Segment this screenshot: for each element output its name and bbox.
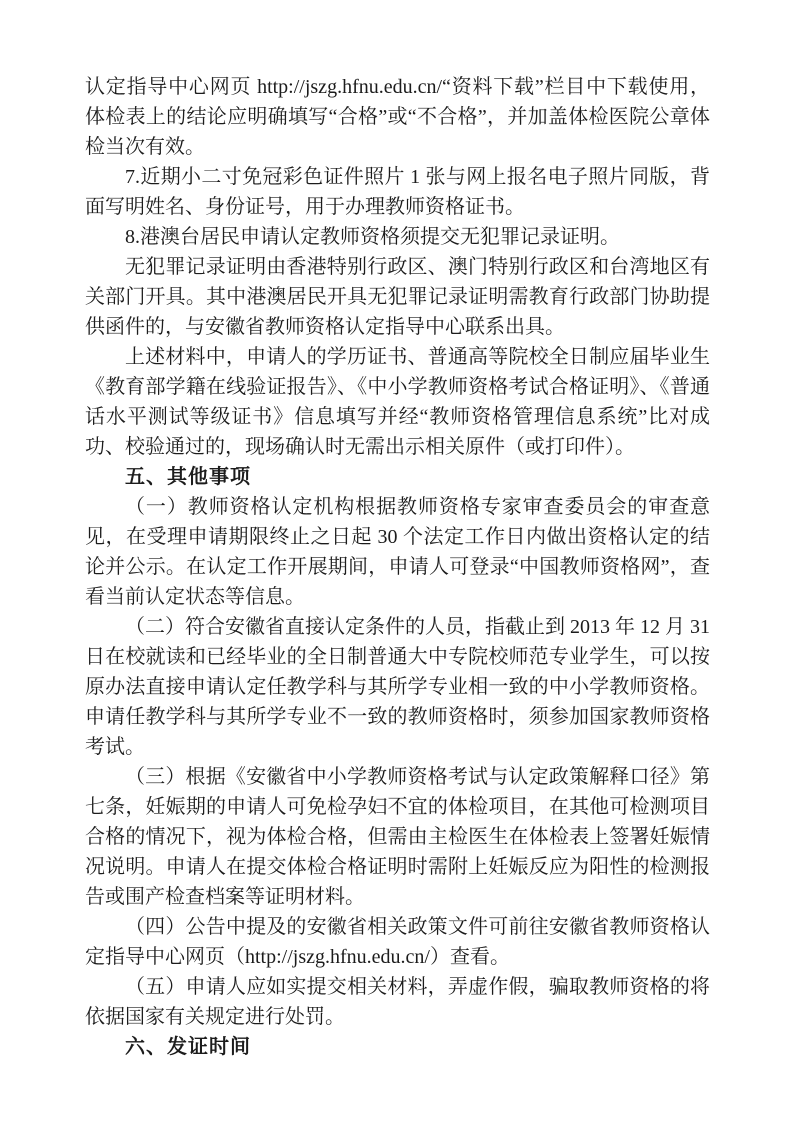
item-3-pregnancy-medical-exam-policy: （三）根据《安徽省中小学教师资格考试与认定政策解释口径》第七条，妊娠期的申请人可… xyxy=(85,762,710,912)
paragraph-no-criminal-record-certificate: 无犯罪记录证明由香港特别行政区、澳门特别行政区和台湾地区有关部门开具。其中港澳居… xyxy=(85,252,710,342)
item-1-review-committee-decision: （一）教师资格认定机构根据教师资格专家审查委员会的审查意见，在受理申请期限终止之… xyxy=(85,492,710,612)
paragraph-materials-verification-note: 上述材料中，申请人的学历证书、普通高等院校全日制应届毕业生《教育部学籍在线验证报… xyxy=(85,342,710,462)
list-item-7-photo-requirement: 7.近期小二寸免冠彩色证件照片 1 张与网上报名电子照片同版，背面写明姓名、身份… xyxy=(85,162,710,222)
item-5-truthful-materials-warning: （五）申请人应如实提交相关材料，弄虚作假，骗取教师资格的将依据国家有关规定进行处… xyxy=(85,972,710,1032)
section-heading-other-matters: 五、其他事项 xyxy=(85,462,710,492)
list-item-8-hk-macao-taiwan: 8.港澳台居民申请认定教师资格须提交无犯罪记录证明。 xyxy=(85,222,710,252)
item-4-policy-documents-webpage: （四）公告中提及的安徽省相关政策文件可前往安徽省教师资格认定指导中心网页（htt… xyxy=(85,912,710,972)
section-heading-certificate-issuance-time: 六、发证时间 xyxy=(85,1032,710,1062)
paragraph-download-medical-form-continuation: 认定指导中心网页 http://jszg.hfnu.edu.cn/“资料下载”栏… xyxy=(85,72,710,162)
item-2-direct-recognition-conditions: （二）符合安徽省直接认定条件的人员，指截止到 2013 年 12 月 31 日在… xyxy=(85,612,710,762)
document-page: 认定指导中心网页 http://jszg.hfnu.edu.cn/“资料下载”栏… xyxy=(0,0,793,1122)
